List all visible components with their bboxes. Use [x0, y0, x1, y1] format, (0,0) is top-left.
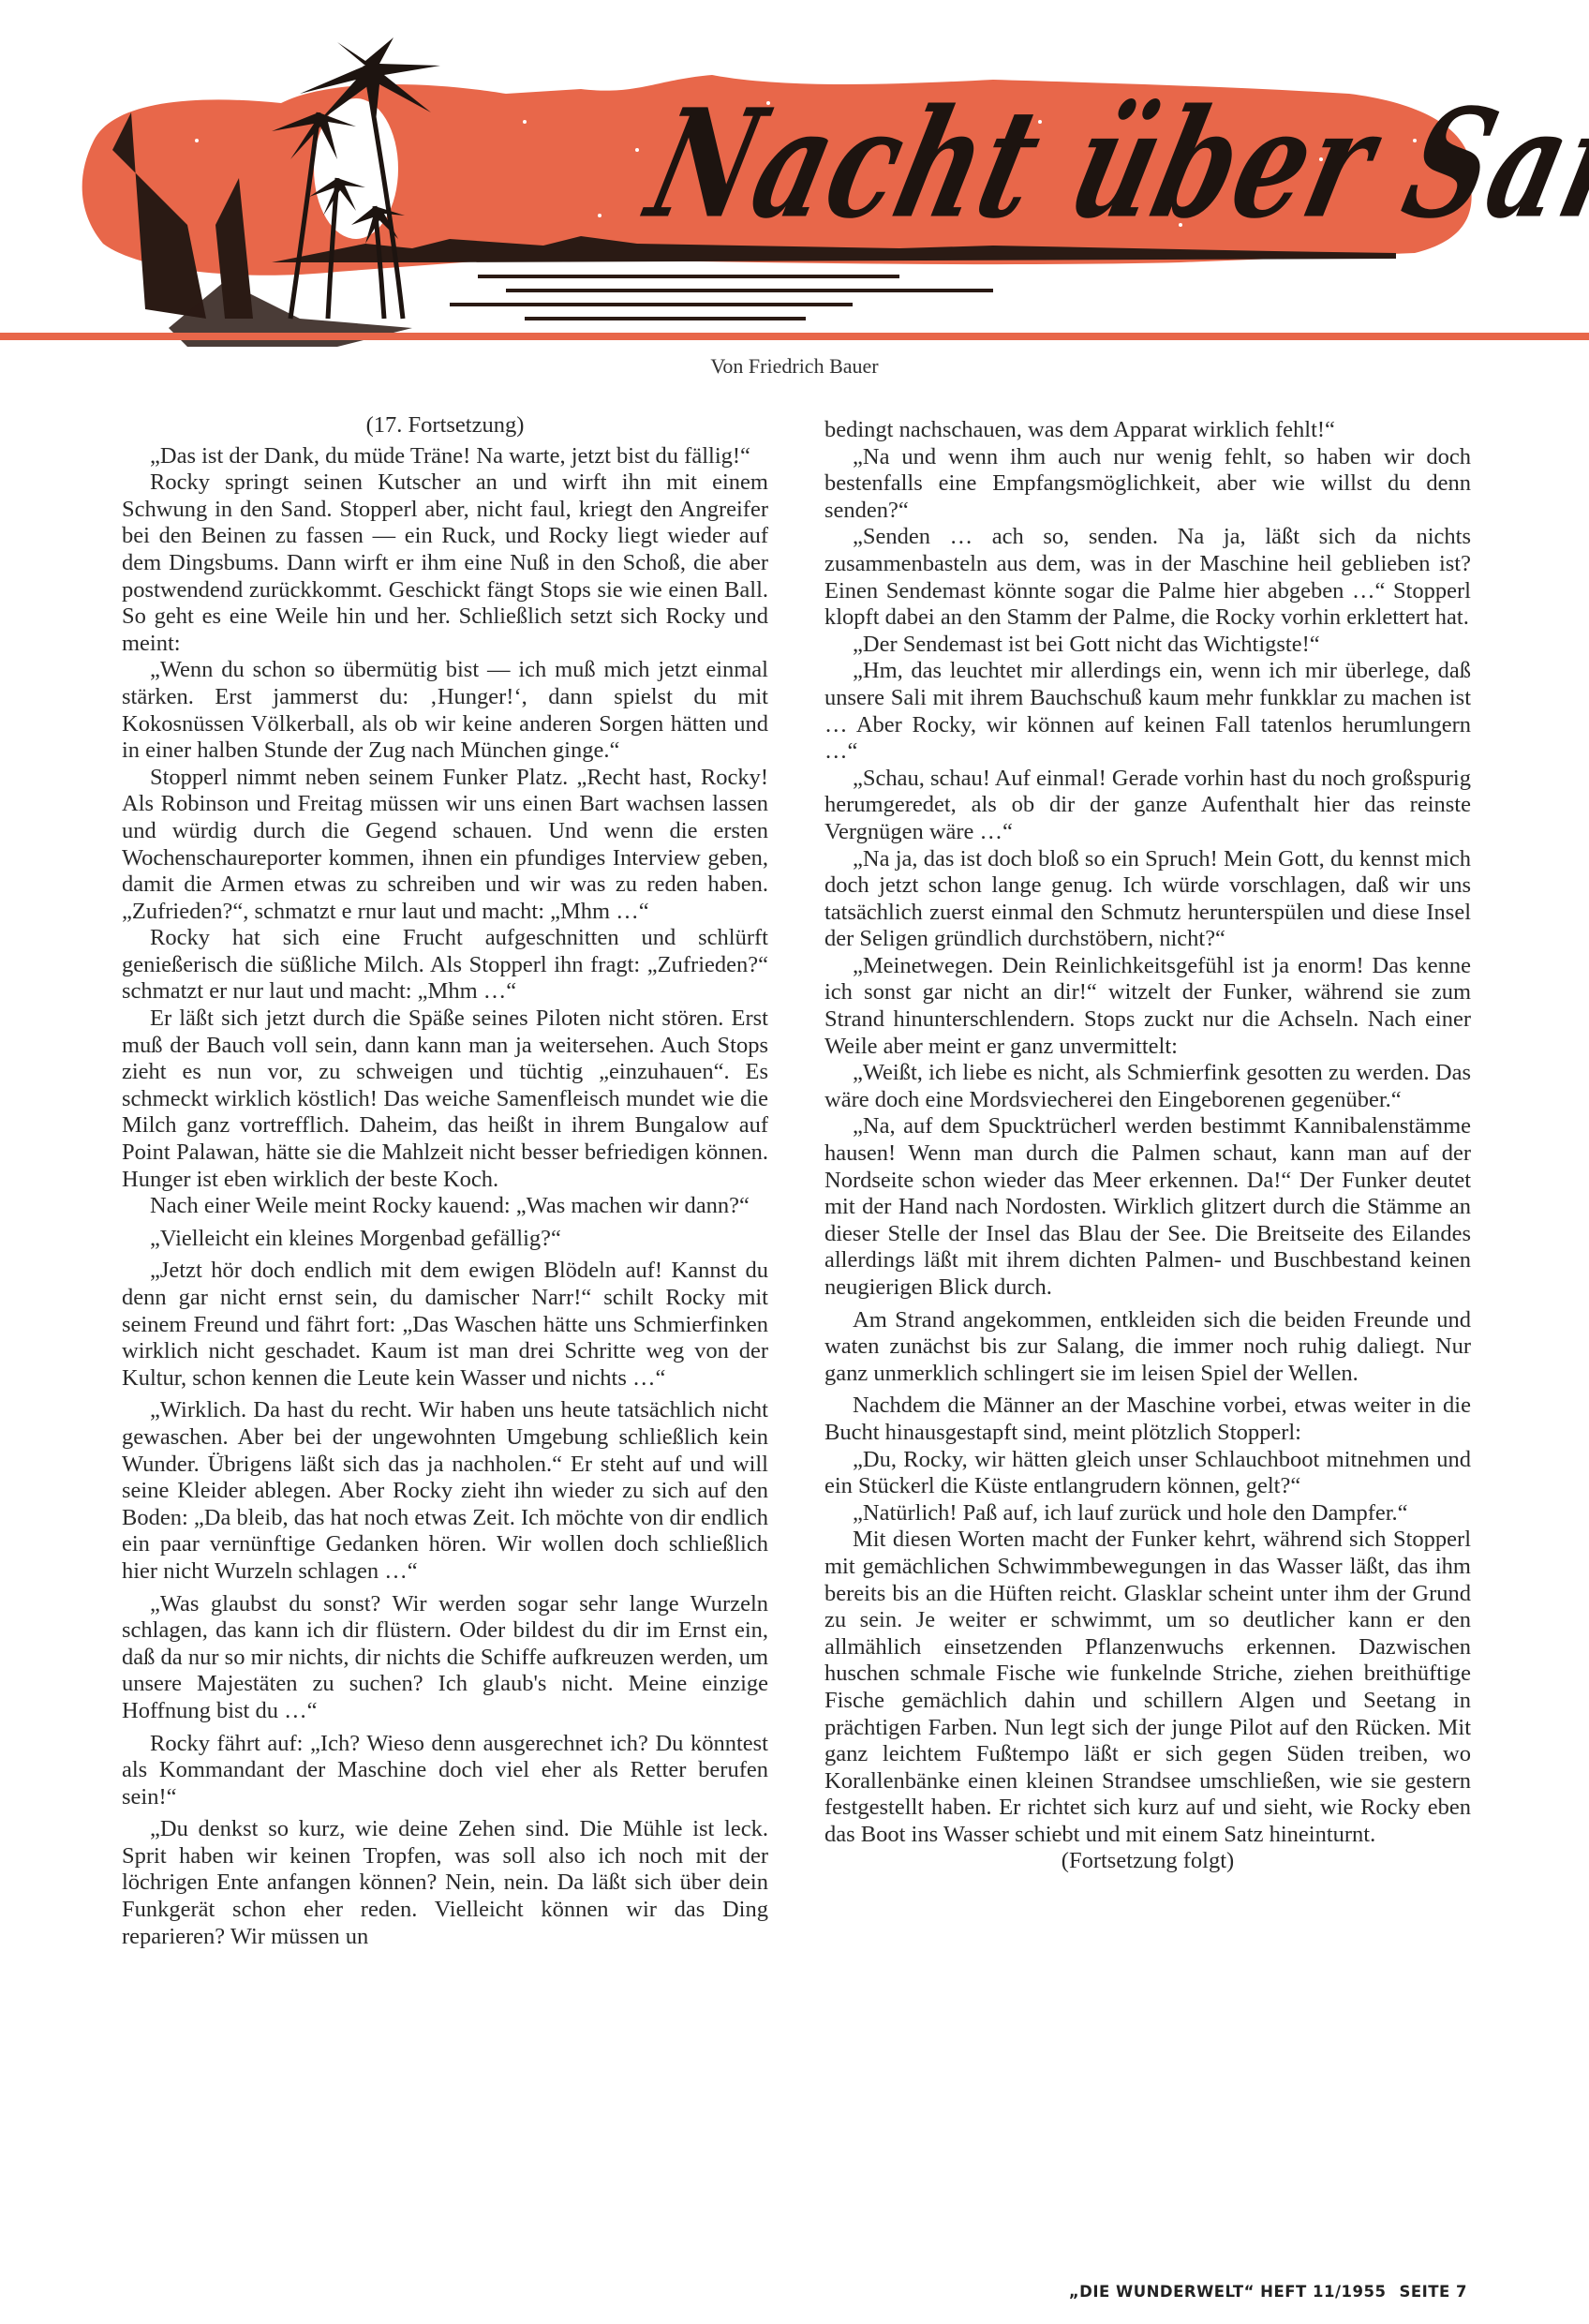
- paragraph: „Vielleicht ein kleines Morgenbad gefäll…: [122, 1226, 768, 1253]
- article-title: Nacht über Saringa: [634, 76, 1589, 252]
- paragraph: „Natürlich! Paß auf, ich lauf zurück und…: [824, 1500, 1471, 1527]
- paragraph: Mit diesen Worten macht der Funker kehrt…: [824, 1527, 1471, 1848]
- right-column: bedingt nachschauen, was dem Apparat wir…: [824, 417, 1471, 1879]
- paragraph: Rocky springt seinen Kutscher an und wir…: [122, 469, 768, 657]
- page-number: SEITE 7: [1399, 2283, 1467, 2301]
- paragraph: „Der Sendemast ist bei Gott nicht das Wi…: [824, 632, 1471, 659]
- paragraph: Nach einer Weile meint Rocky kauend: „Wa…: [122, 1193, 768, 1220]
- paragraph: „Schau, schau! Auf einmal! Gerade vorhin…: [824, 766, 1471, 846]
- page-footer: „DIE WUNDERWELT“ HEFT 11/1955SEITE 7: [1069, 2283, 1467, 2301]
- left-column: (17. Fortsetzung) „Das ist der Dank, du …: [122, 412, 768, 1950]
- paragraph: „Hm, das leuchtet mir allerdings ein, we…: [824, 658, 1471, 765]
- publication-info: „DIE WUNDERWELT“ HEFT 11/1955: [1069, 2283, 1387, 2301]
- header-rule: [0, 333, 1589, 340]
- byline: Von Friedrich Bauer: [0, 354, 1589, 379]
- paragraph: „Du denkst so kurz, wie deine Zehen sind…: [122, 1816, 768, 1950]
- paragraph: „Du, Rocky, wir hätten gleich unser Schl…: [824, 1447, 1471, 1500]
- paragraph: „Weißt, ich liebe es nicht, als Schmierf…: [824, 1060, 1471, 1113]
- paragraph: „Meinetwegen. Dein Reinlichkeitsgefühl i…: [824, 953, 1471, 1060]
- paragraph: „Na, auf dem Spucktrücherl werden bestim…: [824, 1113, 1471, 1301]
- paragraph: „Das ist der Dank, du müde Träne! Na war…: [122, 443, 768, 470]
- paragraph: „Na und wenn ihm auch nur wenig fehlt, s…: [824, 444, 1471, 525]
- paragraph: Er läßt sich jetzt durch die Späße seine…: [122, 1006, 768, 1193]
- paragraph: Am Strand angekommen, entkleiden sich di…: [824, 1307, 1471, 1388]
- installment-label: (17. Fortsetzung): [122, 412, 768, 439]
- paragraph: „Jetzt hör doch endlich mit dem ewigen B…: [122, 1258, 768, 1392]
- paragraph: Stopperl nimmt neben seinem Funker Platz…: [122, 765, 768, 926]
- paragraph: „Wirklich. Da hast du recht. Wir haben u…: [122, 1397, 768, 1585]
- paragraph: „Senden … ach so, senden. Na ja, läßt si…: [824, 524, 1471, 631]
- paragraph: Nachdem die Männer an der Maschine vorbe…: [824, 1393, 1471, 1446]
- paragraph: Rocky hat sich eine Frucht aufgeschnitte…: [122, 925, 768, 1006]
- paragraph: bedingt nachschauen, was dem Apparat wir…: [824, 417, 1471, 444]
- paragraph: „Na ja, das ist doch bloß so ein Spruch!…: [824, 846, 1471, 953]
- paragraph: „Was glaubst du sonst? Wir werden sogar …: [122, 1591, 768, 1725]
- paragraph: Rocky fährt auf: „Ich? Wieso denn ausger…: [122, 1731, 768, 1811]
- paragraph: „Wenn du schon so übermütig bist — ich m…: [122, 657, 768, 764]
- continuation-note: (Fortsetzung folgt): [824, 1848, 1471, 1875]
